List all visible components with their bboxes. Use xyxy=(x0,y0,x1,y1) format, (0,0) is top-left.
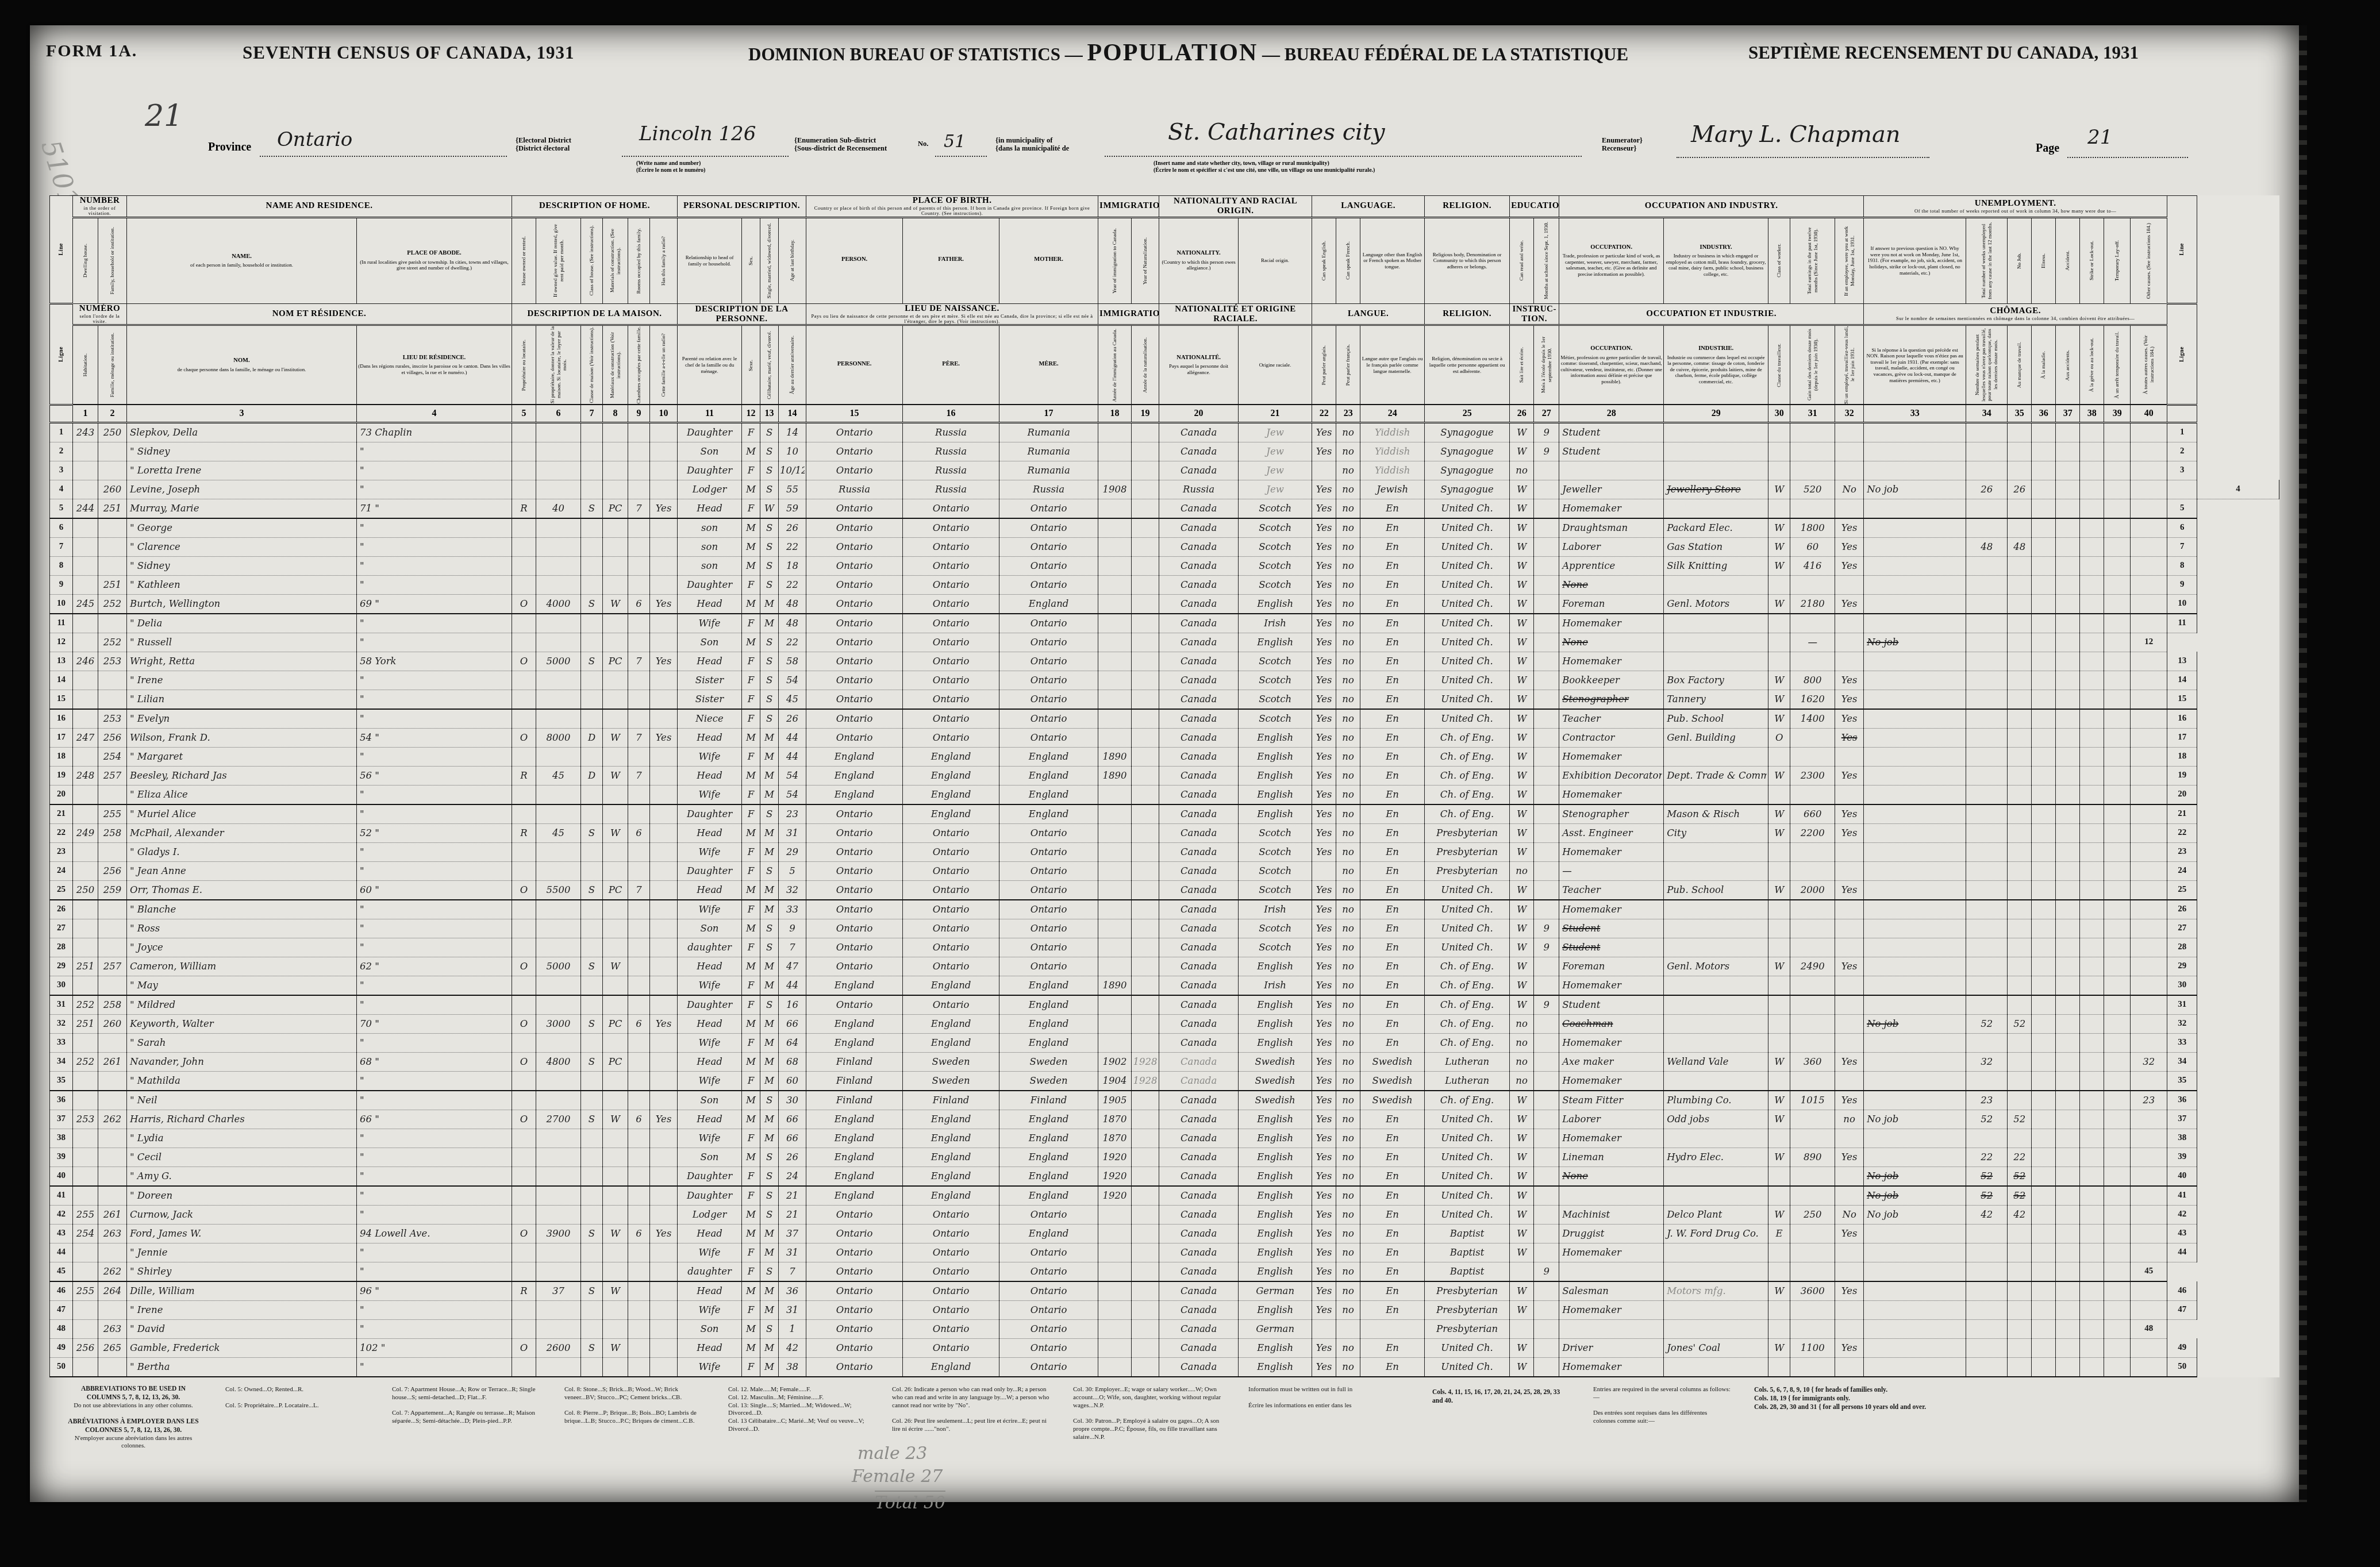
census-cell xyxy=(73,1319,98,1338)
census-cell xyxy=(1559,1319,1664,1338)
census-cell xyxy=(2008,1281,2032,1301)
census-cell: F xyxy=(742,861,760,880)
census-cell: Ontario xyxy=(806,1243,903,1262)
census-cell: 7 xyxy=(779,1262,806,1281)
census-cell: United Ch. xyxy=(1425,690,1510,709)
census-cell: Presbyterian xyxy=(1425,861,1510,880)
census-cell: Canada xyxy=(1159,556,1239,575)
census-cell: S xyxy=(760,1262,779,1281)
tally-male: male 23 xyxy=(858,1443,927,1464)
census-cell: 5500 xyxy=(536,880,581,900)
column-header: PERSONNE. xyxy=(806,325,903,405)
census-cell xyxy=(2008,461,2032,480)
census-cell: M xyxy=(742,1224,760,1243)
census-cell xyxy=(2032,1224,2056,1243)
census-cell: Ontario xyxy=(806,556,903,575)
census-cell xyxy=(1966,880,2008,900)
census-cell: Yes xyxy=(1835,1052,1864,1071)
census-cell: England xyxy=(806,747,903,766)
census-cell: " xyxy=(357,1243,512,1262)
census-cell xyxy=(1864,442,1966,461)
census-cell: 1870 xyxy=(1098,1110,1132,1129)
census-cell xyxy=(1132,861,1159,880)
census-cell xyxy=(1790,861,1835,880)
census-cell: 2300 xyxy=(1790,766,1835,785)
census-cell: Homemaker xyxy=(1559,652,1664,671)
column-number: 4 xyxy=(357,405,512,422)
census-cell xyxy=(2056,518,2080,538)
census-cell xyxy=(73,747,98,766)
census-cell: Jew xyxy=(1239,422,1312,442)
census-cell xyxy=(2032,823,2056,842)
census-row: 50" Bertha"WifeFM38OntarioEnglandOntario… xyxy=(50,1357,2279,1377)
census-cell: no xyxy=(1336,785,1360,804)
census-cell: 263 xyxy=(98,1319,127,1338)
line-number: 5 xyxy=(50,499,73,518)
line-column-header: Line xyxy=(50,196,73,304)
census-cell xyxy=(650,556,678,575)
census-row: 21255" Muriel Alice"DaughterFS23OntarioE… xyxy=(50,804,2279,824)
census-cell: M xyxy=(760,957,779,976)
census-cell: United Ch. xyxy=(1425,1110,1510,1129)
census-cell xyxy=(1360,1319,1425,1338)
census-cell xyxy=(650,1281,678,1301)
census-cell: W xyxy=(1510,690,1534,709)
census-cell xyxy=(2131,518,2167,538)
census-cell: Yes xyxy=(1312,537,1336,556)
census-cell: no xyxy=(1336,537,1360,556)
census-cell xyxy=(98,556,127,575)
census-cell: Canada xyxy=(1159,747,1239,766)
census-cell: Ch. of Eng. xyxy=(1425,785,1510,804)
census-row: 17247256Wilson, Frank D.54 "O8000DW7YesH… xyxy=(50,728,2279,747)
census-cell: W xyxy=(1510,652,1534,671)
census-cell xyxy=(2008,823,2032,842)
census-cell: Ontario xyxy=(806,518,903,538)
census-cell xyxy=(1534,842,1559,861)
census-cell: W xyxy=(1510,1091,1534,1110)
census-cell xyxy=(1835,976,1864,995)
census-cell xyxy=(1664,422,1768,442)
line-number: 48 xyxy=(50,1319,73,1338)
census-cell: W xyxy=(603,823,628,842)
census-cell: W xyxy=(1768,1148,1790,1166)
census-cell: Canada xyxy=(1159,594,1239,614)
column-number: 15 xyxy=(806,405,903,422)
census-cell xyxy=(1835,1262,1864,1281)
census-cell xyxy=(581,1071,603,1091)
census-cell: Steam Fitter xyxy=(1559,1091,1664,1110)
census-cell: Ontario xyxy=(999,1281,1098,1301)
census-cell: no xyxy=(1336,1262,1360,1281)
census-cell xyxy=(1790,1014,1835,1033)
census-cell xyxy=(73,900,98,919)
census-cell: " xyxy=(357,480,512,499)
census-cell xyxy=(1768,976,1790,995)
census-cell: Beesley, Richard Jas xyxy=(127,766,357,785)
census-cell xyxy=(2008,728,2032,747)
census-cell xyxy=(628,1262,650,1281)
census-cell: 6 xyxy=(628,594,650,614)
census-cell xyxy=(536,1071,581,1091)
census-cell: W xyxy=(1768,823,1790,842)
census-cell xyxy=(1098,785,1132,804)
census-cell xyxy=(628,938,650,957)
census-cell xyxy=(628,804,650,824)
census-cell: Genl. Building xyxy=(1664,728,1768,747)
census-cell xyxy=(581,804,603,824)
census-cell xyxy=(2104,499,2131,518)
census-cell xyxy=(1966,785,2008,804)
line-number: 47 xyxy=(2167,1300,2197,1319)
census-cell xyxy=(512,1166,536,1186)
column-header: Si un employé, travailliez-vous lundi, l… xyxy=(1835,325,1864,405)
census-cell: Yes xyxy=(650,652,678,671)
census-cell: S xyxy=(760,938,779,957)
census-cell: Synagogue xyxy=(1425,422,1510,442)
census-cell xyxy=(2080,518,2104,538)
census-cell xyxy=(73,442,98,461)
column-header: Family, household or institution. xyxy=(98,217,127,303)
census-cell xyxy=(1098,1033,1132,1052)
line-number: 37 xyxy=(2167,1110,2197,1129)
census-cell: England xyxy=(999,1224,1098,1243)
census-cell: M xyxy=(760,785,779,804)
line-number: 43 xyxy=(2167,1224,2197,1243)
census-cell: no xyxy=(1336,804,1360,824)
census-cell: 3600 xyxy=(1790,1281,1835,1301)
column-header: Classe du travailleur. xyxy=(1768,325,1790,405)
census-cell xyxy=(1835,747,1864,766)
census-cell: English xyxy=(1239,633,1312,652)
census-cell xyxy=(1664,442,1768,461)
census-cell: England xyxy=(806,1166,903,1186)
census-cell: W xyxy=(1510,995,1534,1015)
census-cell xyxy=(1790,976,1835,995)
census-cell xyxy=(2032,880,2056,900)
census-cell: " xyxy=(357,976,512,995)
census-cell xyxy=(512,671,536,690)
census-cell: PC xyxy=(603,499,628,518)
census-cell: " Irene xyxy=(127,671,357,690)
census-cell: En xyxy=(1360,842,1425,861)
line-column-header: Ligne xyxy=(50,303,73,405)
census-cell: En xyxy=(1360,995,1425,1015)
census-cell: Canada xyxy=(1159,842,1239,861)
column-group-header: IMMIGRATION. xyxy=(1098,196,1159,218)
census-cell: Yes xyxy=(1835,1224,1864,1243)
census-cell: Scotch xyxy=(1239,652,1312,671)
census-cell: " May xyxy=(127,976,357,995)
census-cell: J. W. Ford Drug Co. xyxy=(1664,1224,1768,1243)
census-cell xyxy=(2008,900,2032,919)
census-cell: Lodger xyxy=(678,480,742,499)
census-cell xyxy=(2056,537,2080,556)
census-cell xyxy=(1132,728,1159,747)
census-cell xyxy=(2008,594,2032,614)
census-cell: no xyxy=(1336,1224,1360,1243)
census-cell: Ontario xyxy=(806,938,903,957)
census-cell xyxy=(1132,900,1159,919)
line-number: 34 xyxy=(50,1052,73,1071)
census-cell: M xyxy=(742,1281,760,1301)
column-header: À toutes autres causes. (Voir instructio… xyxy=(2131,325,2167,405)
census-cell xyxy=(650,537,678,556)
column-header: Has this family a radio? xyxy=(650,217,678,303)
census-cell xyxy=(2032,461,2056,480)
column-header: NATIONALITÉ.Pays auquel la personne doit… xyxy=(1159,325,1239,405)
census-cell: 258 xyxy=(98,823,127,842)
census-cell xyxy=(650,1129,678,1148)
census-cell xyxy=(2131,728,2167,747)
line-number: 31 xyxy=(2167,995,2197,1015)
census-cell: En xyxy=(1360,1205,1425,1224)
census-cell xyxy=(73,1091,98,1110)
census-cell: no xyxy=(1336,671,1360,690)
census-cell: England xyxy=(806,976,903,995)
census-cell: Canada xyxy=(1159,1148,1239,1166)
census-cell: Yes xyxy=(1312,1357,1336,1377)
census-cell xyxy=(581,671,603,690)
census-cell: W xyxy=(1768,518,1790,538)
census-cell xyxy=(581,976,603,995)
census-cell xyxy=(2056,938,2080,957)
column-header: Year of Naturalization. xyxy=(1132,217,1159,303)
census-cell: 360 xyxy=(1790,1052,1835,1071)
census-cell xyxy=(2080,1205,2104,1224)
census-row: 33" Sarah"WifeFM64EnglandEnglandEnglandC… xyxy=(50,1033,2279,1052)
census-cell xyxy=(1864,919,1966,938)
census-cell xyxy=(1966,766,2008,785)
census-cell xyxy=(536,861,581,880)
census-cell: 52 xyxy=(1966,1186,2008,1206)
census-cell: W xyxy=(1510,919,1534,938)
column-header: INDUSTRIE.Industrie ou commerce dans leq… xyxy=(1664,325,1768,405)
line-number: 26 xyxy=(2167,900,2197,919)
census-cell: O xyxy=(512,1014,536,1033)
line-number: 19 xyxy=(2167,766,2197,785)
census-cell xyxy=(1132,1014,1159,1033)
census-cell: Canada xyxy=(1159,957,1239,976)
line-number: 26 xyxy=(50,900,73,919)
census-cell: English xyxy=(1239,1014,1312,1033)
census-cell xyxy=(1790,652,1835,671)
census-cell xyxy=(2056,919,2080,938)
column-number: 1 xyxy=(73,405,98,422)
census-cell: 800 xyxy=(1790,671,1835,690)
census-cell: " xyxy=(357,785,512,804)
census-cell: Ontario xyxy=(999,900,1098,919)
census-cell xyxy=(628,442,650,461)
census-cell: W xyxy=(1510,671,1534,690)
census-cell: England xyxy=(999,785,1098,804)
census-cell: F xyxy=(742,652,760,671)
census-cell: English xyxy=(1239,1186,1312,1206)
census-cell xyxy=(650,1166,678,1186)
census-cell: no xyxy=(1336,556,1360,575)
line-number: 28 xyxy=(50,938,73,957)
tally-female: Female 27 xyxy=(852,1466,943,1487)
census-cell xyxy=(536,1166,581,1186)
census-cell xyxy=(2080,1129,2104,1148)
census-cell: — xyxy=(1790,633,1835,652)
census-cell xyxy=(2131,556,2167,575)
census-cell xyxy=(1966,823,2008,842)
census-cell: 54 xyxy=(779,766,806,785)
census-cell: 260 xyxy=(98,1014,127,1033)
census-cell: England xyxy=(903,1148,999,1166)
census-cell xyxy=(2008,614,2032,633)
line-number: 44 xyxy=(50,1243,73,1262)
line-number: 14 xyxy=(2167,671,2197,690)
census-cell xyxy=(536,747,581,766)
census-cell xyxy=(581,1205,603,1224)
census-cell xyxy=(536,709,581,729)
census-cell: England xyxy=(806,785,903,804)
census-cell xyxy=(98,1243,127,1262)
census-cell: Canada xyxy=(1159,785,1239,804)
census-cell: S xyxy=(760,671,779,690)
census-cell xyxy=(2080,594,2104,614)
census-cell xyxy=(98,690,127,709)
census-cell xyxy=(628,575,650,594)
census-cell: Wife xyxy=(678,976,742,995)
column-header: LIEU DE RÉSIDENCE.(Dans les régions rura… xyxy=(357,325,512,405)
census-cell xyxy=(581,995,603,1015)
census-cell xyxy=(2056,461,2080,480)
census-cell: 244 xyxy=(73,499,98,518)
census-cell: Box Factory xyxy=(1664,671,1768,690)
census-cell: Yes xyxy=(1835,1091,1864,1110)
enumerator-label: Enumerator}Recenseur} xyxy=(1602,136,1643,153)
line-number: 17 xyxy=(2167,728,2197,747)
census-cell xyxy=(2032,919,2056,938)
column-header: House owned or rented. xyxy=(512,217,536,303)
census-cell xyxy=(1768,1357,1790,1377)
census-cell: Scotch xyxy=(1239,861,1312,880)
census-cell xyxy=(650,747,678,766)
census-cell: 254 xyxy=(98,747,127,766)
census-cell xyxy=(1534,785,1559,804)
census-cell: Salesman xyxy=(1559,1281,1664,1301)
census-cell: 660 xyxy=(1790,804,1835,824)
census-cell: 416 xyxy=(1790,556,1835,575)
census-cell: Teacher xyxy=(1559,880,1664,900)
census-cell xyxy=(1098,938,1132,957)
census-cell: En xyxy=(1360,1300,1425,1319)
census-cell: En xyxy=(1360,747,1425,766)
census-cell: 243 xyxy=(73,422,98,442)
census-cell: M xyxy=(742,556,760,575)
census-cell xyxy=(2104,442,2131,461)
census-cell xyxy=(2104,633,2131,652)
column-group-header: PERSONAL DESCRIPTION. xyxy=(678,196,806,218)
census-cell: 26 xyxy=(779,518,806,538)
census-cell xyxy=(1534,1186,1559,1206)
census-cell xyxy=(2131,537,2167,556)
census-cell xyxy=(98,518,127,538)
census-cell: English xyxy=(1239,1243,1312,1262)
header-group-row: LineNUMBERin the order of visitation.NAM… xyxy=(50,196,2279,218)
census-cell: Yes xyxy=(1312,823,1336,842)
line-number: 17 xyxy=(50,728,73,747)
census-cell xyxy=(2032,690,2056,709)
line-number: 12 xyxy=(2131,633,2167,652)
census-cell xyxy=(98,1186,127,1206)
census-cell: Rumania xyxy=(999,461,1098,480)
census-cell xyxy=(1864,690,1966,709)
census-cell xyxy=(2131,422,2167,442)
census-cell: W xyxy=(1510,594,1534,614)
census-cell: Ontario xyxy=(806,880,903,900)
census-cell xyxy=(1864,747,1966,766)
census-cell: Welland Vale xyxy=(1664,1052,1768,1071)
census-cell: no xyxy=(1336,709,1360,729)
line-number: 39 xyxy=(2167,1148,2197,1166)
line-number: 3 xyxy=(2167,461,2197,480)
census-cell: M xyxy=(742,1110,760,1129)
census-cell: Yes xyxy=(1312,1166,1336,1186)
census-cell xyxy=(2032,1319,2056,1338)
census-cell xyxy=(650,1052,678,1071)
census-cell xyxy=(2056,499,2080,518)
census-cell xyxy=(650,1338,678,1357)
census-row: 44" Jennie"WifeFM31OntarioOntarioOntario… xyxy=(50,1243,2279,1262)
column-header: Classe de maison (Voir instructions). xyxy=(581,325,603,405)
census-cell: Jewish xyxy=(1360,480,1425,499)
census-cell xyxy=(628,671,650,690)
header-sub-row: Dwelling house.Family, household or inst… xyxy=(50,217,2279,303)
census-cell: No job xyxy=(1864,1166,1966,1186)
census-cell xyxy=(2056,1091,2080,1110)
census-cell: Homemaker xyxy=(1559,900,1664,919)
census-cell: English xyxy=(1239,1033,1312,1052)
census-cell xyxy=(2056,1071,2080,1091)
census-cell xyxy=(2008,976,2032,995)
census-cell xyxy=(603,1033,628,1052)
census-cell: United Ch. xyxy=(1425,1148,1510,1166)
census-cell xyxy=(650,1357,678,1377)
column-header: Sex. xyxy=(742,217,760,303)
census-cell xyxy=(1534,900,1559,919)
census-cell: Yes xyxy=(1312,671,1336,690)
line-number: 22 xyxy=(2167,823,2197,842)
census-cell xyxy=(1864,461,1966,480)
census-cell xyxy=(1835,919,1864,938)
census-cell: Canada xyxy=(1159,1014,1239,1033)
census-cell xyxy=(98,785,127,804)
census-cell xyxy=(1790,1110,1835,1129)
census-cell: 1920 xyxy=(1098,1166,1132,1186)
census-cell xyxy=(2104,1224,2131,1243)
census-cell xyxy=(628,537,650,556)
census-cell: Yes xyxy=(1835,957,1864,976)
census-cell: W xyxy=(603,957,628,976)
census-cell: F xyxy=(742,1166,760,1186)
census-cell xyxy=(2104,518,2131,538)
census-cell: Head xyxy=(678,594,742,614)
census-cell xyxy=(1864,1129,1966,1148)
census-cell: 42 xyxy=(2008,1205,2032,1224)
column-header: Total number of weeks unemployed from an… xyxy=(1966,217,2008,303)
census-cell xyxy=(536,938,581,957)
census-cell: Head xyxy=(678,1338,742,1357)
census-cell xyxy=(2056,976,2080,995)
census-cell: F xyxy=(742,900,760,919)
census-cell: 260 xyxy=(98,480,127,499)
census-row: 12252" Russell"SonMS22OntarioOntarioOnta… xyxy=(50,633,2279,652)
census-cell: " George xyxy=(127,518,357,538)
